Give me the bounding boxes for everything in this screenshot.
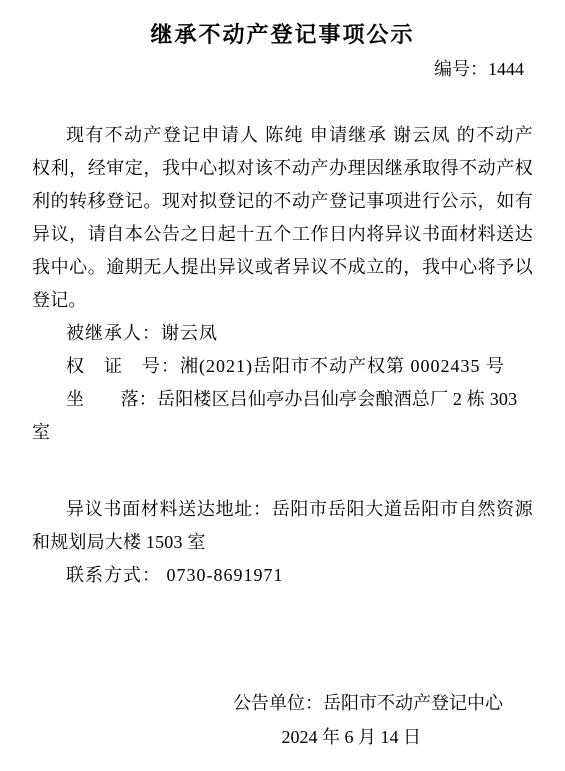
notice-document-page: 继承不动产登记事项公示 编号：1444 现有不动产登记申请人 陈纯 申请继承 谢… — [0, 0, 565, 771]
decedent-line: 被继承人：谢云凤 — [32, 317, 533, 350]
blank-spacer — [32, 592, 533, 687]
location-line: 坐 落：岳阳楼区吕仙亭办吕仙亭会酿酒总厂 2 栋 303 — [32, 383, 533, 416]
date-line: 2024 年 6 月 14 日 — [32, 720, 533, 755]
location-line-continued: 室 — [32, 416, 533, 449]
issuer-line: 公告单位：岳阳市不动产登记中心 — [32, 687, 533, 720]
blank-spacer — [32, 449, 533, 493]
paragraph-line: 权利，经审定，我中心拟对该不动产办理因继承取得不动产权 — [32, 152, 533, 185]
notice-doc-number: 编号：1444 — [32, 53, 533, 86]
objection-address-line-continued: 和规划局大楼 1503 室 — [32, 526, 533, 559]
certificate-number-line: 权 证 号：湘(2021)岳阳市不动产权第 0002435 号 — [32, 350, 533, 383]
paragraph-line: 我中心。逾期无人提出异议或者异议不成立的，我中心将予以 — [32, 251, 533, 284]
notice-title: 继承不动产登记事项公示 — [0, 20, 565, 50]
paragraph-line: 利的转移登记。现对拟登记的不动产登记事项进行公示，如有 — [32, 185, 533, 218]
contact-line: 联系方式： 0730-8691971 — [32, 559, 533, 592]
paragraph-line: 异议，请自本公告之日起十五个工作日内将异议书面材料送达 — [32, 218, 533, 251]
notice-body: 现有不动产登记申请人 陈纯 申请继承 谢云凤 的不动产 权利，经审定，我中心拟对… — [32, 119, 533, 755]
objection-address-line: 异议书面材料送达地址：岳阳市岳阳大道岳阳市自然资源 — [32, 493, 533, 526]
paragraph-line: 现有不动产登记申请人 陈纯 申请继承 谢云凤 的不动产 — [32, 119, 533, 152]
paragraph-line: 登记。 — [32, 284, 533, 317]
